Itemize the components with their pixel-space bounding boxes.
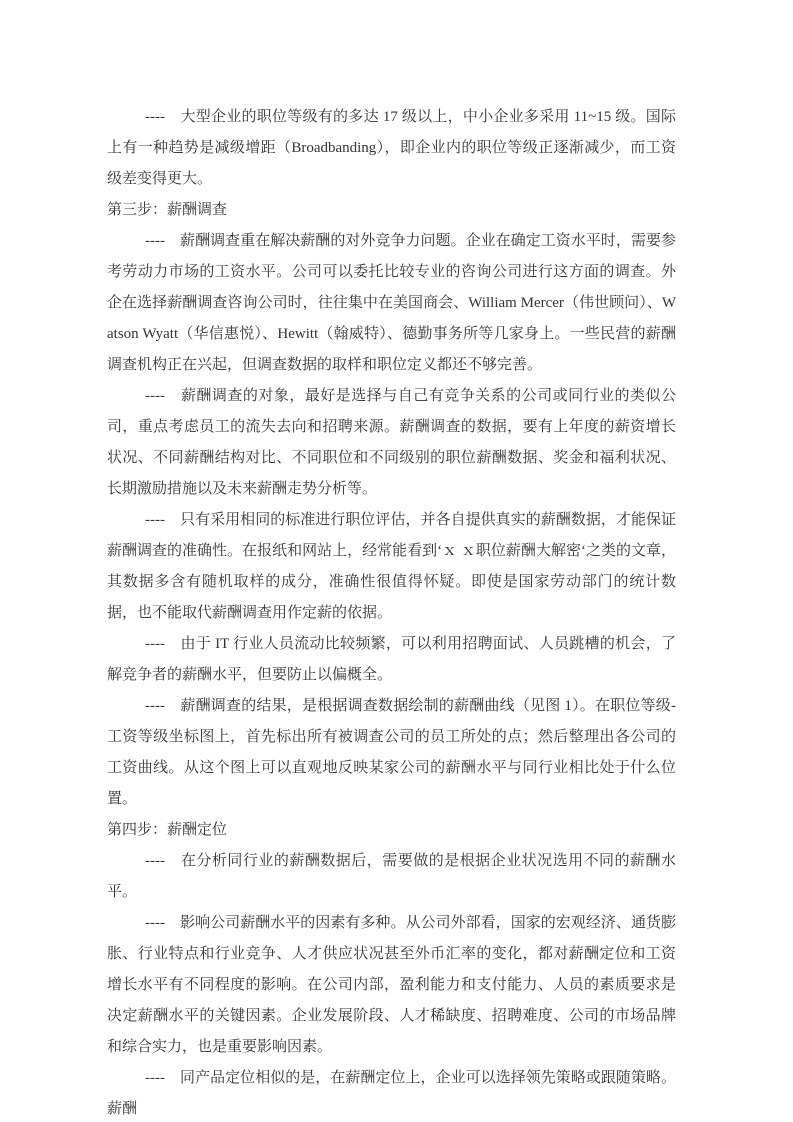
- paragraph: ---- 薪酬调查重在解决薪酬的对外竞争力问题。企业在确定工资水平时，需要参考劳…: [107, 226, 676, 381]
- paragraph: ---- 同产品定位相似的是，在薪酬定位上，企业可以选择领先策略或跟随策略。薪酬: [107, 1063, 676, 1122]
- paragraph: ---- 只有采用相同的标准进行职位评估，并各自提供真实的薪酬数据，才能保证薪酬…: [107, 505, 676, 629]
- paragraph: ---- 薪酬调查的结果，是根据调查数据绘制的薪酬曲线（见图 1）。在职位等级-…: [107, 691, 676, 815]
- paragraph: ---- 大型企业的职位等级有的多达 17 级以上，中小企业多采用 11~15 …: [107, 102, 676, 195]
- section-heading: 第三步：薪酬调查: [107, 195, 676, 226]
- paragraph: ---- 由于 IT 行业人员流动比较频繁，可以利用招聘面试、人员跳槽的机会，了…: [107, 629, 676, 691]
- paragraph: ---- 薪酬调查的对象，最好是选择与自己有竞争关系的公司或同行业的类似公司，重…: [107, 381, 676, 505]
- section-heading: 第四步：薪酬定位: [107, 815, 676, 846]
- paragraph: ---- 影响公司薪酬水平的因素有多种。从公司外部看，国家的宏观经济、通货膨胀、…: [107, 908, 676, 1063]
- document-page: ---- 大型企业的职位等级有的多达 17 级以上，中小企业多采用 11~15 …: [0, 0, 793, 1122]
- document-body: ---- 大型企业的职位等级有的多达 17 级以上，中小企业多采用 11~15 …: [0, 0, 793, 1122]
- paragraph: ---- 在分析同行业的薪酬数据后，需要做的是根据企业状况选用不同的薪酬水平。: [107, 846, 676, 908]
